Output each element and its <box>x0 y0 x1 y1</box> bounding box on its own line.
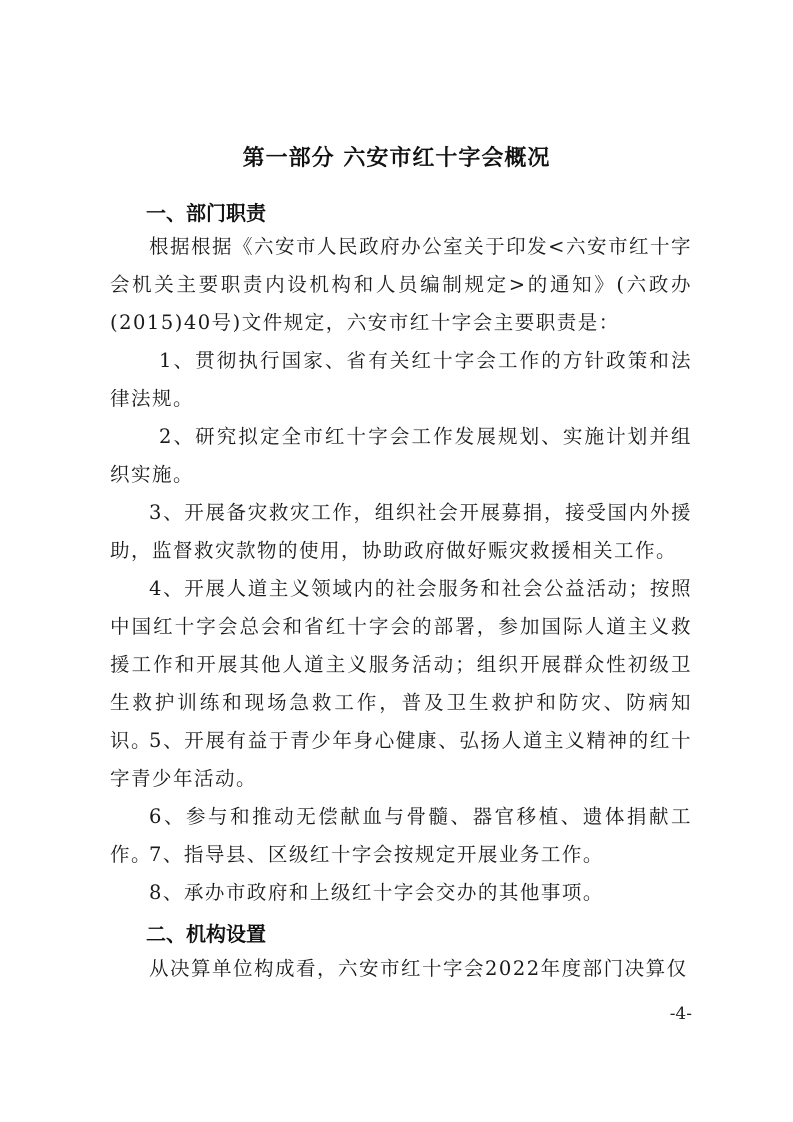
duty-item-8: 8、承办市政府和上级红十字会交办的其他事项。 <box>110 874 692 912</box>
duty-item-1: 1、贯彻执行国家、省有关红十字会工作的方针政策和法律法规。 <box>110 342 692 418</box>
document-page: 第一部分 六安市红十字会概况 一、部门职责 根据根据《六安市人民政府办公室关于印… <box>0 0 793 1122</box>
duty-item-3: 3、开展备灾救灾工作，组织社会开展募捐，接受国内外援助，监督救灾款物的使用，协助… <box>110 494 692 570</box>
structure-intro-paragraph: 从决算单位构成看，六安市红十字会2022年度部门决算仅 <box>110 950 692 988</box>
section-heading-structure: 二、机构设置 <box>146 918 266 947</box>
section-heading-duties: 一、部门职责 <box>146 197 266 226</box>
duty-item-5: 5、开展有益于青少年身心健康、弘扬人道主义精神的红十字青少年活动。 <box>110 722 692 798</box>
duty-item-2: 2、研究拟定全市红十字会工作发展规划、实施计划并组织实施。 <box>110 418 692 494</box>
page-number: -4- <box>670 1004 692 1024</box>
page-title: 第一部分 六安市红十字会概况 <box>0 141 793 172</box>
duties-intro-paragraph: 根据根据《六安市人民政府办公室关于印发<六安市红十字会机关主要职责内设机构和人员… <box>110 228 692 342</box>
duty-item-7: 7、指导县、区级红十字会按规定开展业务工作。 <box>110 836 692 874</box>
